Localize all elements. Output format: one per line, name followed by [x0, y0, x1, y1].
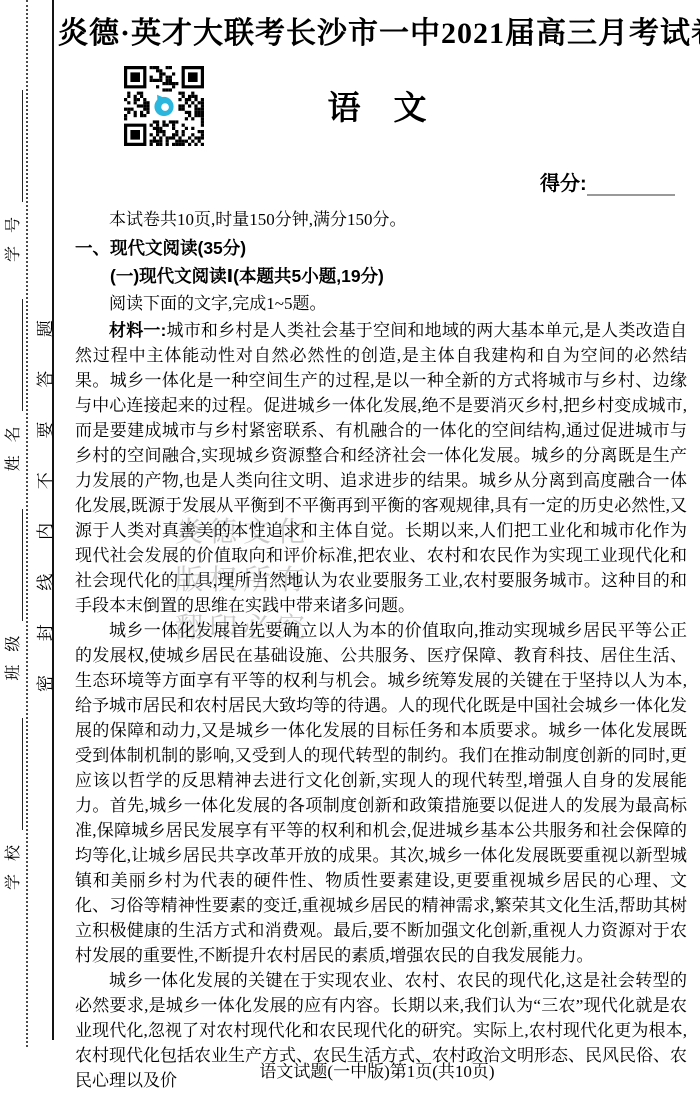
exam-paper-page: 炎德文化 版权所有 翻印必究 学校 班级 姓名 学号 密 封 线 内 不 要 答…: [0, 0, 700, 1095]
reading-instruction: 阅读下面的文字,完成1~5题。: [75, 290, 687, 318]
name-field: 姓名: [0, 299, 23, 471]
binding-dotted-line: [26, 0, 28, 1047]
material-one-paragraph: 材料一:城市和乡村是人类社会基于空间和地域的两大基本单元,是人类改造自然过程中主…: [75, 318, 687, 618]
exam-title: 炎德·英才大联考长沙市一中2021届高三月考试卷(五): [58, 8, 696, 52]
school-blank-line: [19, 718, 23, 830]
exam-content: 本试卷共10页,时量150分钟,满分150分。 一、现代文阅读(35分) (一)…: [75, 206, 687, 1093]
material-one-label: 材料一:: [109, 321, 166, 340]
paragraph-text: 城市和乡村是人类社会基于空间和地域的两大基本单元,是人类改造自然过程中主体能动性…: [75, 321, 687, 615]
school-label: 学校: [0, 832, 23, 890]
paragraph: 城乡一体化发展首先要确立以人为本的价值取向,推动实现城乡居民平等公正的发展权,使…: [75, 618, 687, 968]
seal-line-notice: 密 封 线 内 不 要 答 题: [31, 320, 49, 692]
student-info-fields: 学校 班级 姓名 学号: [3, 90, 23, 890]
subsection-heading: (一)现代文阅读Ⅰ(本题共5小题,19分): [75, 262, 687, 290]
class-blank-line: [19, 509, 23, 621]
binding-solid-line: [52, 0, 54, 1040]
seal-char: 不: [31, 472, 49, 489]
school-field: 学校: [0, 718, 23, 890]
student-number-field: 学号: [0, 90, 23, 262]
class-label: 班级: [0, 623, 23, 681]
paragraph: 城乡一体化发展的关键在于实现农业、农村、农民的现代化,这是社会转型的必然要求,是…: [75, 968, 687, 1093]
score-blank-line: [587, 176, 675, 196]
exam-info: 本试卷共10页,时量150分钟,满分150分。: [75, 206, 687, 234]
subject-title: 语 文: [58, 82, 696, 129]
section-heading: 一、现代文阅读(35分): [75, 234, 687, 262]
name-blank-line: [19, 299, 23, 411]
seal-char: 答: [31, 371, 49, 388]
seal-char: 题: [31, 320, 49, 337]
name-label: 姓名: [0, 413, 23, 471]
seal-char: 内: [31, 523, 49, 540]
seal-char: 封: [31, 624, 49, 641]
student-number-blank-line: [19, 90, 23, 202]
seal-char: 线: [31, 574, 49, 591]
score-label: 得分:: [540, 173, 587, 195]
seal-char: 要: [31, 421, 49, 438]
score-row: 得分:: [540, 167, 675, 196]
class-field: 班级: [0, 509, 23, 681]
seal-char: 密: [31, 675, 49, 692]
student-number-label: 学号: [0, 204, 23, 262]
